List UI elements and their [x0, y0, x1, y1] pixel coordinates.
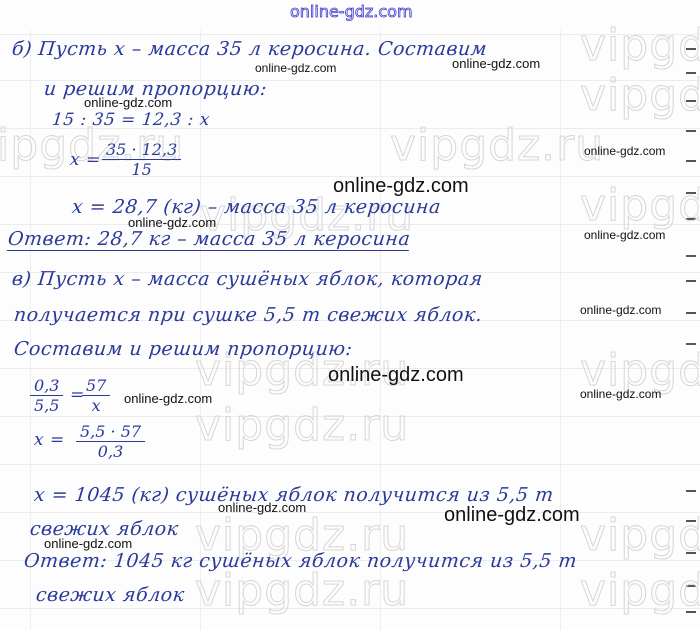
- margin-tick: [686, 490, 696, 492]
- vipgdz-watermark: vipgdz.ru: [390, 120, 604, 171]
- part-b-answer: Ответ: 28,7 кг – масса 35 л керосина: [7, 228, 412, 251]
- part-v-rhs-fraction: 57 x: [82, 376, 110, 415]
- online-gdz-watermark: online-gdz.com: [84, 95, 172, 110]
- fraction-numerator: 35 · 12,3: [102, 140, 181, 159]
- part-v-fraction: 5,5 · 57 0,3: [76, 422, 145, 461]
- online-gdz-watermark: online-gdz.com: [584, 228, 665, 242]
- grid-line: [0, 464, 700, 465]
- header-watermark: online-gdz.com: [290, 2, 413, 21]
- margin-tick: [686, 312, 696, 314]
- part-b-proportion: 15 : 35 = 12,3 : x: [51, 110, 211, 130]
- vipgdz-watermark: vipgdz.ru: [195, 400, 409, 451]
- fraction-denominator: 15: [102, 159, 181, 179]
- vipgdz-watermark: vipgdz.ru: [580, 180, 700, 231]
- part-v-line2: получается при сушке 5,5 т свежих яблок.: [13, 304, 484, 326]
- fraction-denominator: 0,3: [76, 441, 145, 461]
- online-gdz-watermark: online-gdz.com: [452, 56, 540, 71]
- part-v-lhs-fraction: 0,3 5,5: [30, 376, 63, 415]
- online-gdz-watermark: online-gdz.com: [328, 364, 464, 387]
- part-b-line1: б) Пусть x – масса 35 л керосина. Состав…: [11, 38, 488, 60]
- online-gdz-watermark: online-gdz.com: [255, 61, 336, 75]
- part-b-fraction: 35 · 12,3 15: [102, 140, 181, 179]
- margin-tick: [686, 255, 696, 257]
- part-b-result: x = 28,7 (кг) – масса 35 л керосина: [71, 196, 442, 218]
- online-gdz-watermark: online-gdz.com: [44, 536, 132, 551]
- online-gdz-watermark: online-gdz.com: [444, 504, 580, 527]
- fraction-numerator: 57: [82, 376, 110, 395]
- fraction-numerator: 0,3: [30, 376, 63, 395]
- margin-tick: [686, 280, 696, 282]
- notebook-page: vipgdz.ru vipgdz.ru vipgdz.ru vipgdz.ru …: [0, 0, 700, 630]
- part-b-x-eq: x =: [69, 150, 102, 170]
- vipgdz-watermark: vipgdz.ru: [580, 510, 700, 561]
- online-gdz-watermark: online-gdz.com: [584, 144, 665, 158]
- part-v-line3: Составим и решим пропорцию:: [13, 338, 354, 360]
- online-gdz-watermark: online-gdz.com: [218, 500, 306, 515]
- margin-tick: [686, 160, 696, 162]
- online-gdz-watermark: online-gdz.com: [580, 387, 661, 401]
- online-gdz-watermark: online-gdz.com: [124, 391, 212, 406]
- vipgdz-watermark: vipgdz.ru: [580, 20, 700, 71]
- fraction-numerator: 5,5 · 57: [76, 422, 145, 441]
- online-gdz-watermark: online-gdz.com: [128, 215, 216, 230]
- online-gdz-watermark: online-gdz.com: [580, 303, 661, 317]
- vipgdz-watermark: vipgdz.ru: [580, 70, 700, 121]
- fraction-denominator: x: [82, 395, 110, 415]
- part-v-answer-line2: свежих яблок: [35, 584, 186, 606]
- vipgdz-watermark: vipgdz.ru: [195, 565, 409, 616]
- part-v-line1: в) Пусть x – масса сушёных яблок, котора…: [11, 268, 484, 290]
- fraction-denominator: 5,5: [30, 395, 63, 415]
- part-v-x-eq: x =: [33, 430, 66, 450]
- part-v-answer-line1: Ответ: 1045 кг сушёных яблок получится и…: [23, 550, 578, 572]
- vipgdz-watermark: vipgdz.ru: [580, 565, 700, 616]
- margin-tick: [686, 130, 696, 132]
- online-gdz-watermark: online-gdz.com: [333, 175, 469, 198]
